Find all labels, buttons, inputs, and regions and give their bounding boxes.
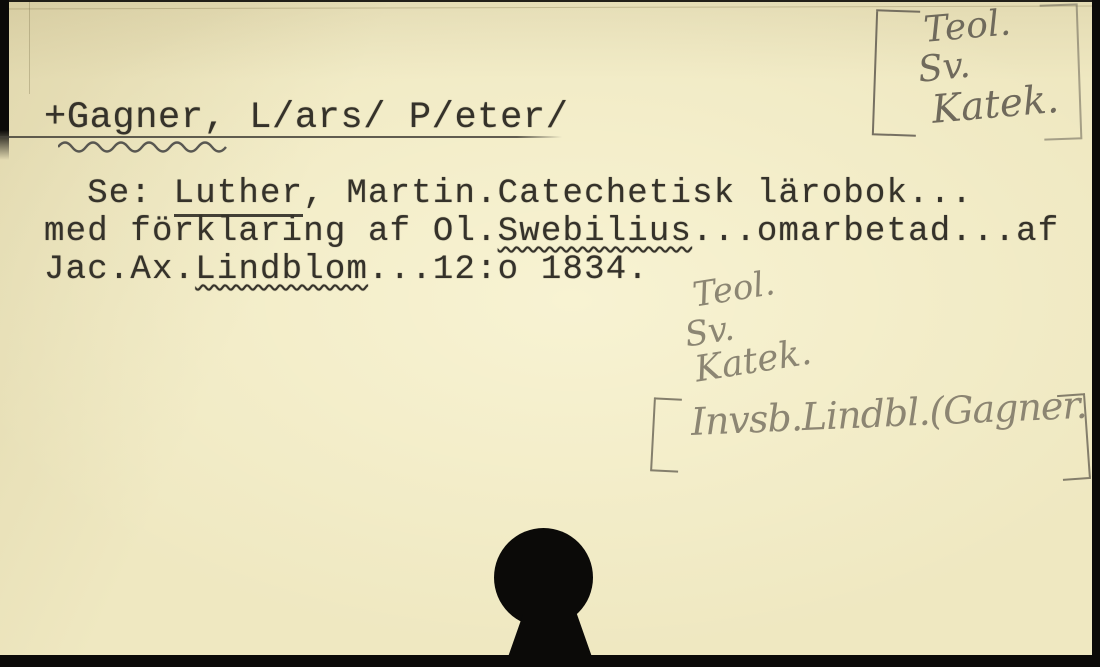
card-edge-mark <box>29 2 30 94</box>
heading-forenames: L/ars/ P/eter/ <box>226 97 568 139</box>
annotation-bottom-bracket-right <box>1057 393 1091 481</box>
heading-rule <box>0 136 562 138</box>
heading-wavy-underline <box>58 139 236 153</box>
annotation-bottom-bracket-left <box>650 397 682 472</box>
body-line-3-lead: Jac.Ax. <box>44 251 195 289</box>
body-line-1: Se: Luther, Martin.Catechetisk lärobok..… <box>44 175 973 213</box>
annotation-bottom-text: Invsb.Lindbl.(Gagner. <box>690 383 1087 444</box>
keyhole-punch-circle <box>494 528 593 627</box>
heading-surname: Gagner, <box>67 97 227 139</box>
body-line-1-rest: , Martin.Catechetisk lärobok... <box>303 175 973 213</box>
catalog-card-scan: +Gagner, L/ars/ P/eter/ Se: Luther, Mart… <box>0 0 1100 667</box>
body-line-2-wavy-name: Swebilius <box>498 213 692 251</box>
annotation-top-right-line-3: Katek. <box>930 77 1061 133</box>
body-line-2-lead: med förklaring af Ol. <box>44 213 498 251</box>
body-line-3: Jac.Ax.Lindblom...12:o 1834. <box>44 251 649 289</box>
annotation-middle-line-1: Teol. <box>690 263 778 315</box>
body-line-3-rest: ...12:o 1834. <box>368 251 649 289</box>
scan-edge-right <box>1092 0 1100 667</box>
heading-plus-sign: + <box>44 97 67 139</box>
body-line-2: med förklaring af Ol.Swebilius...omarbet… <box>44 213 1059 251</box>
body-line-1-underlined-name: Luther <box>174 175 304 217</box>
body-line-1-lead: Se: <box>44 175 174 213</box>
body-line-3-wavy-name: Lindblom <box>195 251 368 289</box>
heading-line: +Gagner, L/ars/ P/eter/ <box>44 97 569 139</box>
scan-edge-top <box>0 0 1100 2</box>
annotation-top-right-bracket-left <box>872 9 920 136</box>
annotation-top-right-line-2: Sv. <box>916 45 972 91</box>
body-line-2-rest: ...omarbetad...af <box>692 213 1059 251</box>
